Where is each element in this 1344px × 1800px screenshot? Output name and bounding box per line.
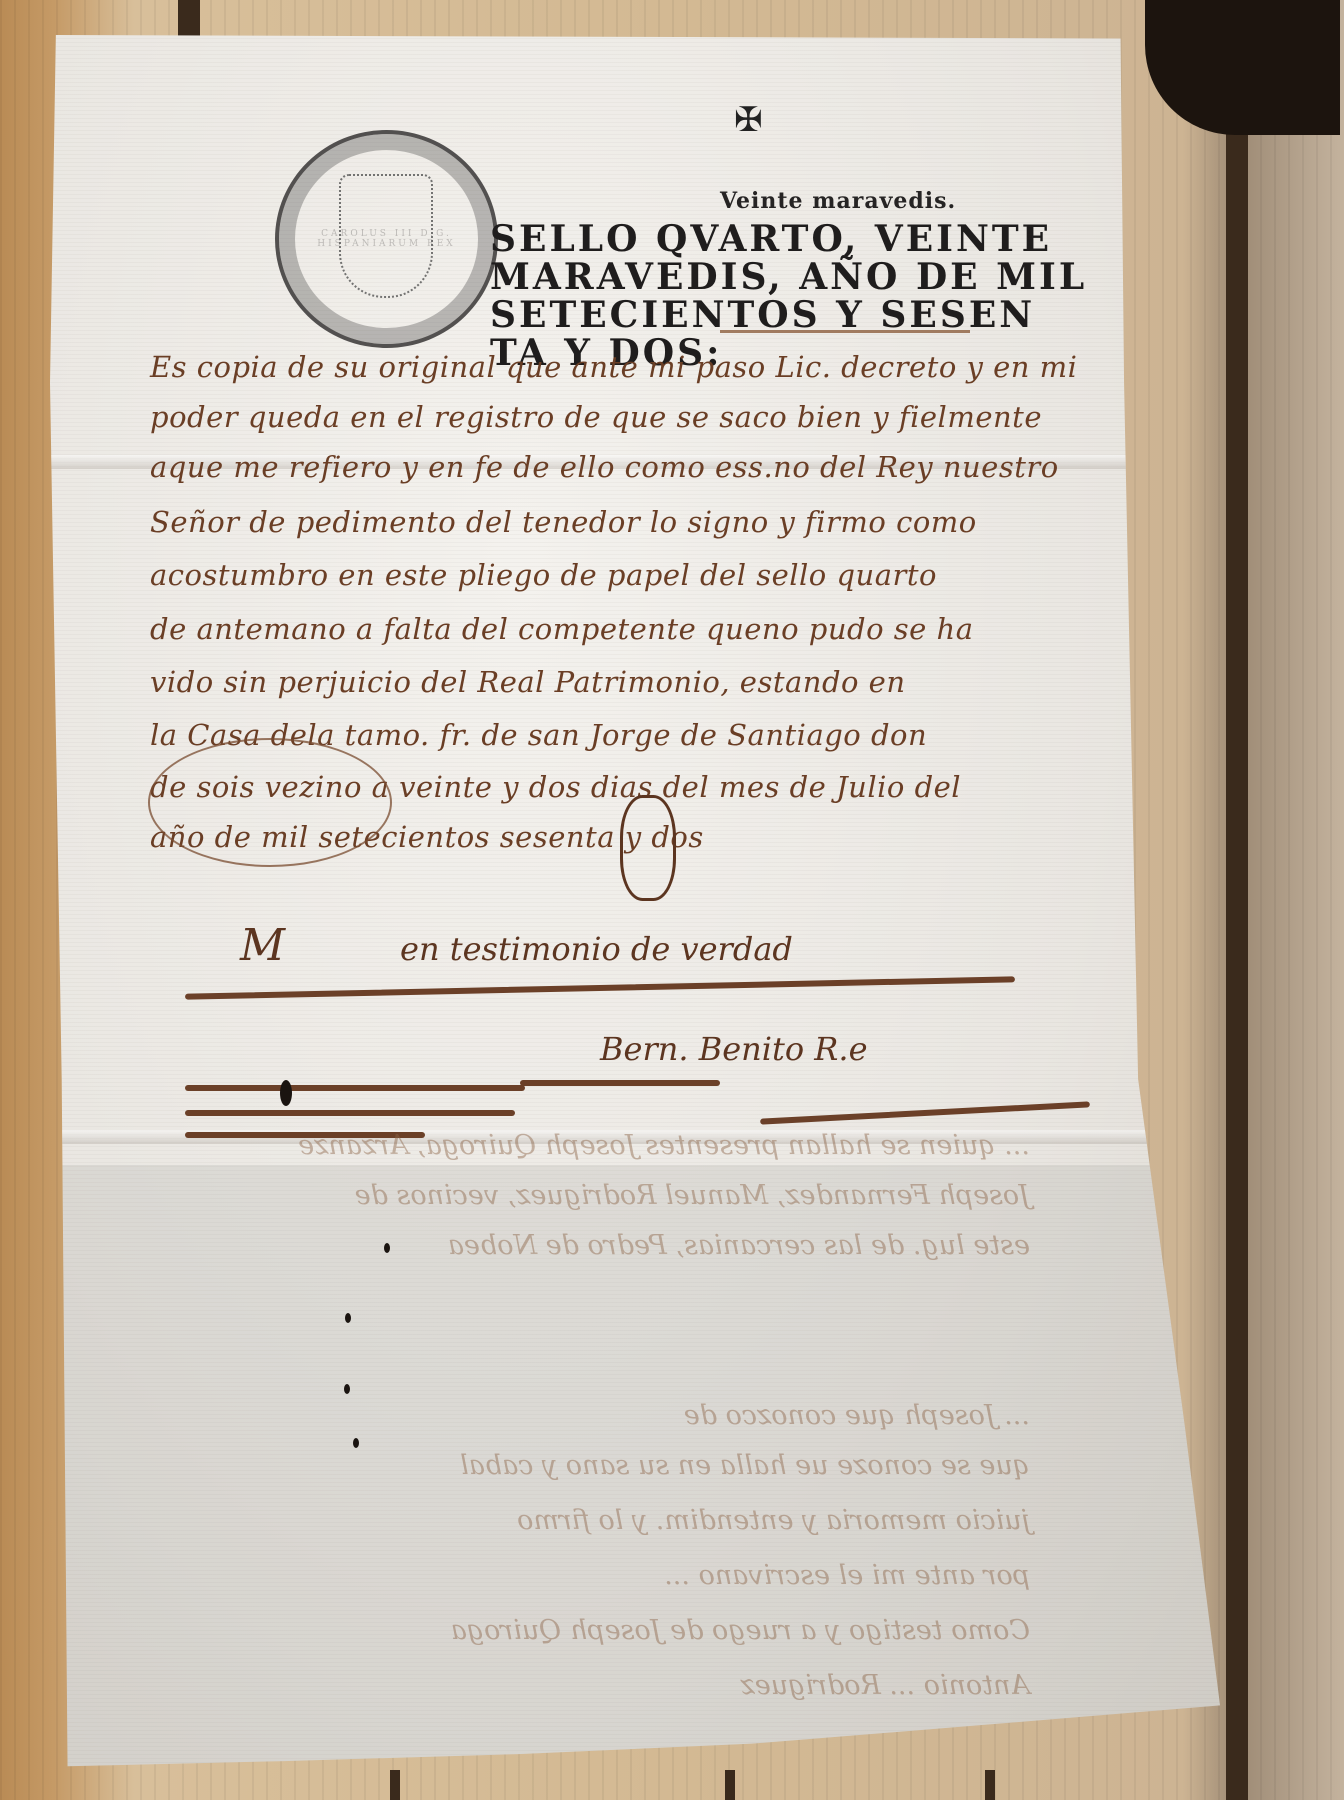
signature-rule — [185, 1085, 525, 1091]
worm-hole — [384, 1243, 390, 1253]
wood-plank-gap — [725, 1770, 735, 1800]
signature-rule — [520, 1080, 720, 1086]
seal-legend: CAROLUS III D.G. HISPANIARUM REX — [279, 134, 494, 344]
notary-oval-flourish — [148, 738, 392, 867]
bleed-through-line: que se conoze ue halla en su sano y caba… — [150, 1450, 1030, 1481]
bleed-through-line: juicio memoria y entendim. y lo firmo — [150, 1505, 1030, 1536]
handwritten-line: de antemano a falta del competente queno… — [150, 612, 950, 646]
wood-plank-gap — [178, 0, 200, 36]
handwritten-line: aque me refiero y en fe de ello como ess… — [150, 450, 950, 484]
notary-signature: Bern. Benito R.e — [600, 1030, 868, 1068]
header-line: SETECIENTOS Y SESEN — [490, 296, 1020, 334]
wood-shadow — [1145, 0, 1340, 135]
handwritten-line: poder queda en el registro de que se sac… — [150, 400, 950, 434]
worm-hole — [344, 1384, 350, 1394]
header-line: SELLO QVARTO, VEINTE — [490, 220, 1020, 258]
wood-plank-gap — [390, 1770, 400, 1800]
attestation-text: en testimonio de verdad — [400, 930, 793, 968]
signature-rule — [185, 1110, 515, 1116]
notary-sign-mark — [620, 795, 676, 901]
header-rule — [720, 330, 970, 333]
handwritten-line: vido sin perjuicio del Real Patrimonio, … — [150, 665, 950, 699]
bleed-through-line: ... quien se hallan presentes Joseph Qui… — [150, 1130, 1030, 1161]
bleed-through-line: este lug. de las cercanias, Pedro de Nob… — [150, 1230, 1030, 1261]
bleed-through-line: ... Joseph que conozco de — [150, 1400, 1030, 1431]
wood-plank-gap — [1226, 130, 1248, 1800]
signature-initial: M — [240, 920, 285, 971]
worm-hole — [345, 1313, 351, 1323]
stamp-value: Veinte maravedis. — [720, 188, 956, 214]
bleed-through-line: Antonio ... Rodriguez — [150, 1670, 1030, 1701]
handwritten-line: Es copia de su original que ante mi paso… — [150, 350, 950, 384]
handwritten-line: Señor de pedimento del tenedor lo signo … — [150, 505, 950, 539]
ink-blot — [280, 1080, 292, 1106]
worm-hole — [353, 1438, 359, 1448]
bleed-through-line: Como testigo y a ruego de Joseph Quiroga — [150, 1615, 1030, 1646]
bleed-through-line: por ante mi el escrivano ... — [150, 1560, 1030, 1591]
cross-icon: ✠ — [734, 100, 763, 140]
bleed-through-line: Joseph Fernandez, Manuel Rodriguez, veci… — [150, 1180, 1030, 1211]
handwritten-line: acostumbro en este pliego de papel del s… — [150, 558, 950, 592]
header-line: MARAVEDIS, AÑO DE MIL — [490, 258, 1020, 296]
wood-plank-gap — [985, 1770, 995, 1800]
royal-seal-stamp: CAROLUS III D.G. HISPANIARUM REX — [275, 130, 498, 348]
